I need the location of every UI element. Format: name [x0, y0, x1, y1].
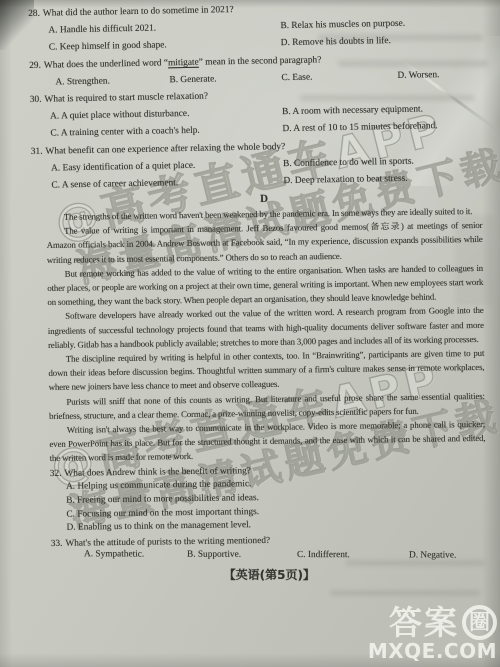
option-29-c: C. Ease. — [281, 68, 397, 87]
question-32: 32.What does Andrew think is the benefit… — [50, 462, 487, 537]
question-28-number: 28. — [28, 9, 40, 19]
question-32-number: 32. — [50, 468, 62, 478]
passage-paragraph-3: But remote working has added to the valu… — [47, 261, 484, 310]
option-33-b: B. Supportive. — [187, 549, 297, 563]
question-29-text-pre: What does the underlined word “ — [44, 58, 168, 70]
question-28: 28.What did the author learn to do somet… — [28, 0, 487, 58]
question-31: 31.What benefit can one experience after… — [31, 135, 490, 195]
passage-paragraph-4: Software developers have already worked … — [48, 303, 485, 352]
option-33-d: D. Negative. — [409, 549, 487, 563]
question-30-number: 30. — [30, 95, 42, 105]
option-33-a: A. Sympathetic. — [84, 548, 187, 562]
question-29-text-post: ” mean in the second paragraph? — [199, 55, 322, 67]
underlined-word-mitigate: mitigate — [168, 57, 199, 68]
answer-site-watermark: 答案 圈 MXQE.COM — [368, 605, 497, 661]
question-30: 30.What is required to start muscle rela… — [30, 83, 489, 143]
option-29-a: A. Strengthen. — [55, 72, 169, 91]
option-31-d: D. Deep relaxation to beat stress. — [283, 169, 489, 190]
question-30-text: What is required to start muscle relaxat… — [44, 92, 208, 105]
question-33: 33.What's the attitude of purists to the… — [51, 532, 487, 565]
option-31-c: C. A sense of career achievement. — [51, 173, 283, 195]
questions-28-31-block: 28.What did the author learn to do somet… — [28, 0, 490, 195]
question-31-number: 31. — [31, 146, 43, 156]
brand-circled-char: 圈 — [469, 612, 490, 633]
question-29-number: 29. — [29, 60, 41, 70]
passage-paragraph-2: The value of writing is important in man… — [46, 218, 483, 267]
passage-paragraph-7: Writing isn't always the best way to com… — [49, 417, 486, 466]
scanned-exam-page: @高考直通车APP 海量高清试题免费下载 @高考直通车APP 海量高清试题免费下… — [0, 0, 500, 667]
question-31-options: A. Easy identification of a quiet place.… — [31, 152, 490, 195]
option-29-d: D. Worsen. — [397, 66, 487, 85]
option-33-c: C. Indifferent. — [297, 549, 409, 563]
brand-text: 答案 — [389, 606, 459, 639]
question-28-text: What did the author learn to do sometime… — [43, 5, 234, 19]
option-29-b: B. Generate. — [169, 70, 281, 89]
brand-domain: MXQE.COM — [368, 641, 497, 661]
footer-page-label: 【英语(第5页)】 — [51, 565, 487, 583]
question-31-text: What benefit can one experience after re… — [45, 142, 285, 157]
bleedthrough-smudge — [330, 590, 480, 596]
question-32-text: What does Andrew think is the benefit of… — [64, 466, 251, 479]
passage-paragraph-5: The discipline required by writing is he… — [48, 346, 485, 395]
passage-d-block: D The strengths of the written word have… — [46, 190, 487, 586]
brand-circle-icon: 圈 — [462, 605, 497, 640]
question-33-text: What's the attitude of purists to the wr… — [65, 536, 270, 549]
question-33-options: A. Sympathetic. B. Supportive. C. Indiff… — [51, 548, 487, 563]
brand-row: 答案 圈 — [368, 605, 497, 640]
